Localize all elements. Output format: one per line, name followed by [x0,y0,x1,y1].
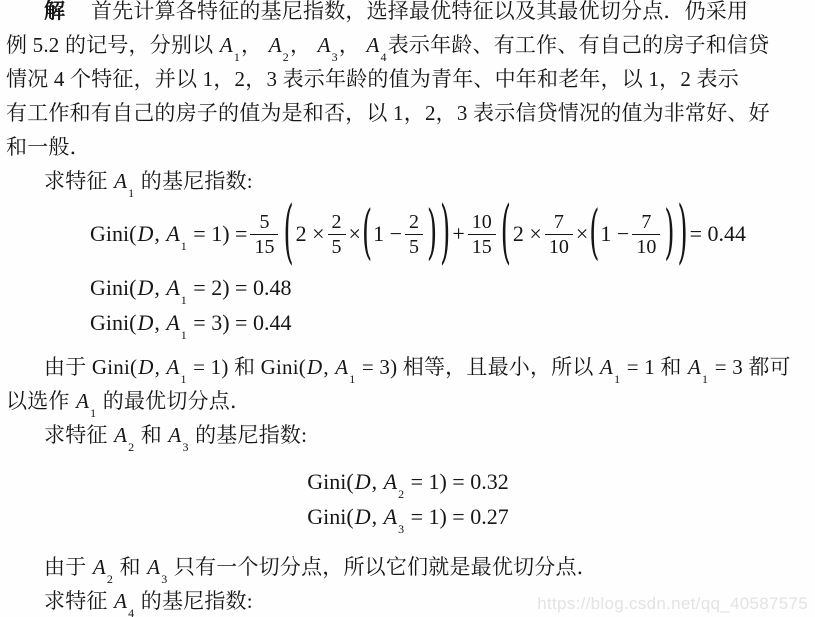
a1-conclusion-paragraph: 由于 Gini(D, A1 = 1) 和 Gini(D, A1 = 3) 相等，… [6,350,810,418]
math-text: Gini(D, A1 = 1) = [90,221,247,247]
fraction-numerator: 5 [250,210,278,234]
left-paren: ( [589,200,599,268]
gini-a1-formula: Gini(D, A1 = 1) = 515(2 × 25 × (1 − 25))… [90,198,810,270]
math-text: + [452,221,464,247]
fraction-denominator: 15 [250,234,278,259]
document-page: 解首先计算各特征的基尼指数，选择最优特征以及其最优切分点．仍采用 例 5.2 的… [0,0,815,617]
fraction: 710 [545,210,573,259]
fraction-numerator: 10 [468,210,496,234]
fraction-denominator: 10 [545,234,573,259]
fraction: 25 [328,210,346,259]
intro-line: 解首先计算各特征的基尼指数，选择最优特征以及其最优切分点．仍采用 [6,0,810,28]
fraction-denominator: 5 [405,234,423,259]
fraction-denominator: 15 [468,234,496,259]
right-paren: ) [440,194,450,274]
gini-a2-equation: Gini(D, A2 = 1) = 0.32 [6,464,810,499]
left-paren: ( [283,194,293,274]
answer-label: 解 [44,0,67,23]
intro-line: 有工作和有自己的房子的值为是和否，以 1，2，3 表示信贷情况的值为非常好、好 [6,96,810,130]
right-paren: ) [664,200,674,268]
math-text: 2 × [296,221,325,247]
a1-conclusion-line: 由于 Gini(D, A1 = 1) 和 Gini(D, A1 = 3) 相等，… [6,350,810,384]
fraction-numerator: 2 [405,210,423,234]
fraction: 1015 [468,210,496,259]
fraction-denominator: 10 [632,234,660,259]
gini-a1-2-equation: Gini(D, A1 = 2) = 0.48 [90,270,810,305]
math-text: × [576,221,588,247]
left-paren: ( [362,200,372,268]
fraction: 25 [405,210,423,259]
fraction: 710 [632,210,660,259]
intro-line: 例 5.2 的记号，分别以 A1， A2， A3， A4表示年龄、有工作、有自己… [6,28,810,62]
a1-heading: 求特征 A1 的基尼指数: [6,164,810,198]
fraction-numerator: 7 [545,210,573,234]
math-text: 1 − [373,221,402,247]
intro-line-text: 首先计算各特征的基尼指数，选择最优特征以及其最优切分点．仍采用 [91,0,748,23]
csdn-watermark: https://blog.csdn.net/qq_40587575 [537,594,808,614]
a1-conclusion-line: 以选作 A1 的最优切分点． [6,384,810,418]
intro-line: 情况 4 个特征，并以 1，2，3 表示年龄的值为青年、中年和老年，以 1，2 … [6,62,810,96]
gini-a1-3-equation: Gini(D, A1 = 3) = 0.44 [90,305,810,340]
fraction-denominator: 5 [328,234,346,259]
a23-heading: 求特征 A2 和 A3 的基尼指数: [6,418,810,452]
math-text: 2 × [513,221,542,247]
fraction-numerator: 2 [328,210,346,234]
right-paren: ) [427,200,437,268]
intro-line: 和一般． [6,130,810,164]
fraction: 515 [250,210,278,259]
left-paren: ( [501,194,511,274]
math-text: 1 − [600,221,629,247]
math-text: × [349,221,361,247]
intro-paragraph: 解首先计算各特征的基尼指数，选择最优特征以及其最优切分点．仍采用 例 5.2 的… [6,0,810,164]
right-paren: ) [677,194,687,274]
a23-conclusion: 由于 A2 和 A3 只有一个切分点，所以它们就是最优切分点． [6,550,810,584]
fraction-numerator: 7 [632,210,660,234]
math-text: = 0.44 [690,221,746,247]
gini-a3-equation: Gini(D, A3 = 1) = 0.27 [6,499,810,534]
